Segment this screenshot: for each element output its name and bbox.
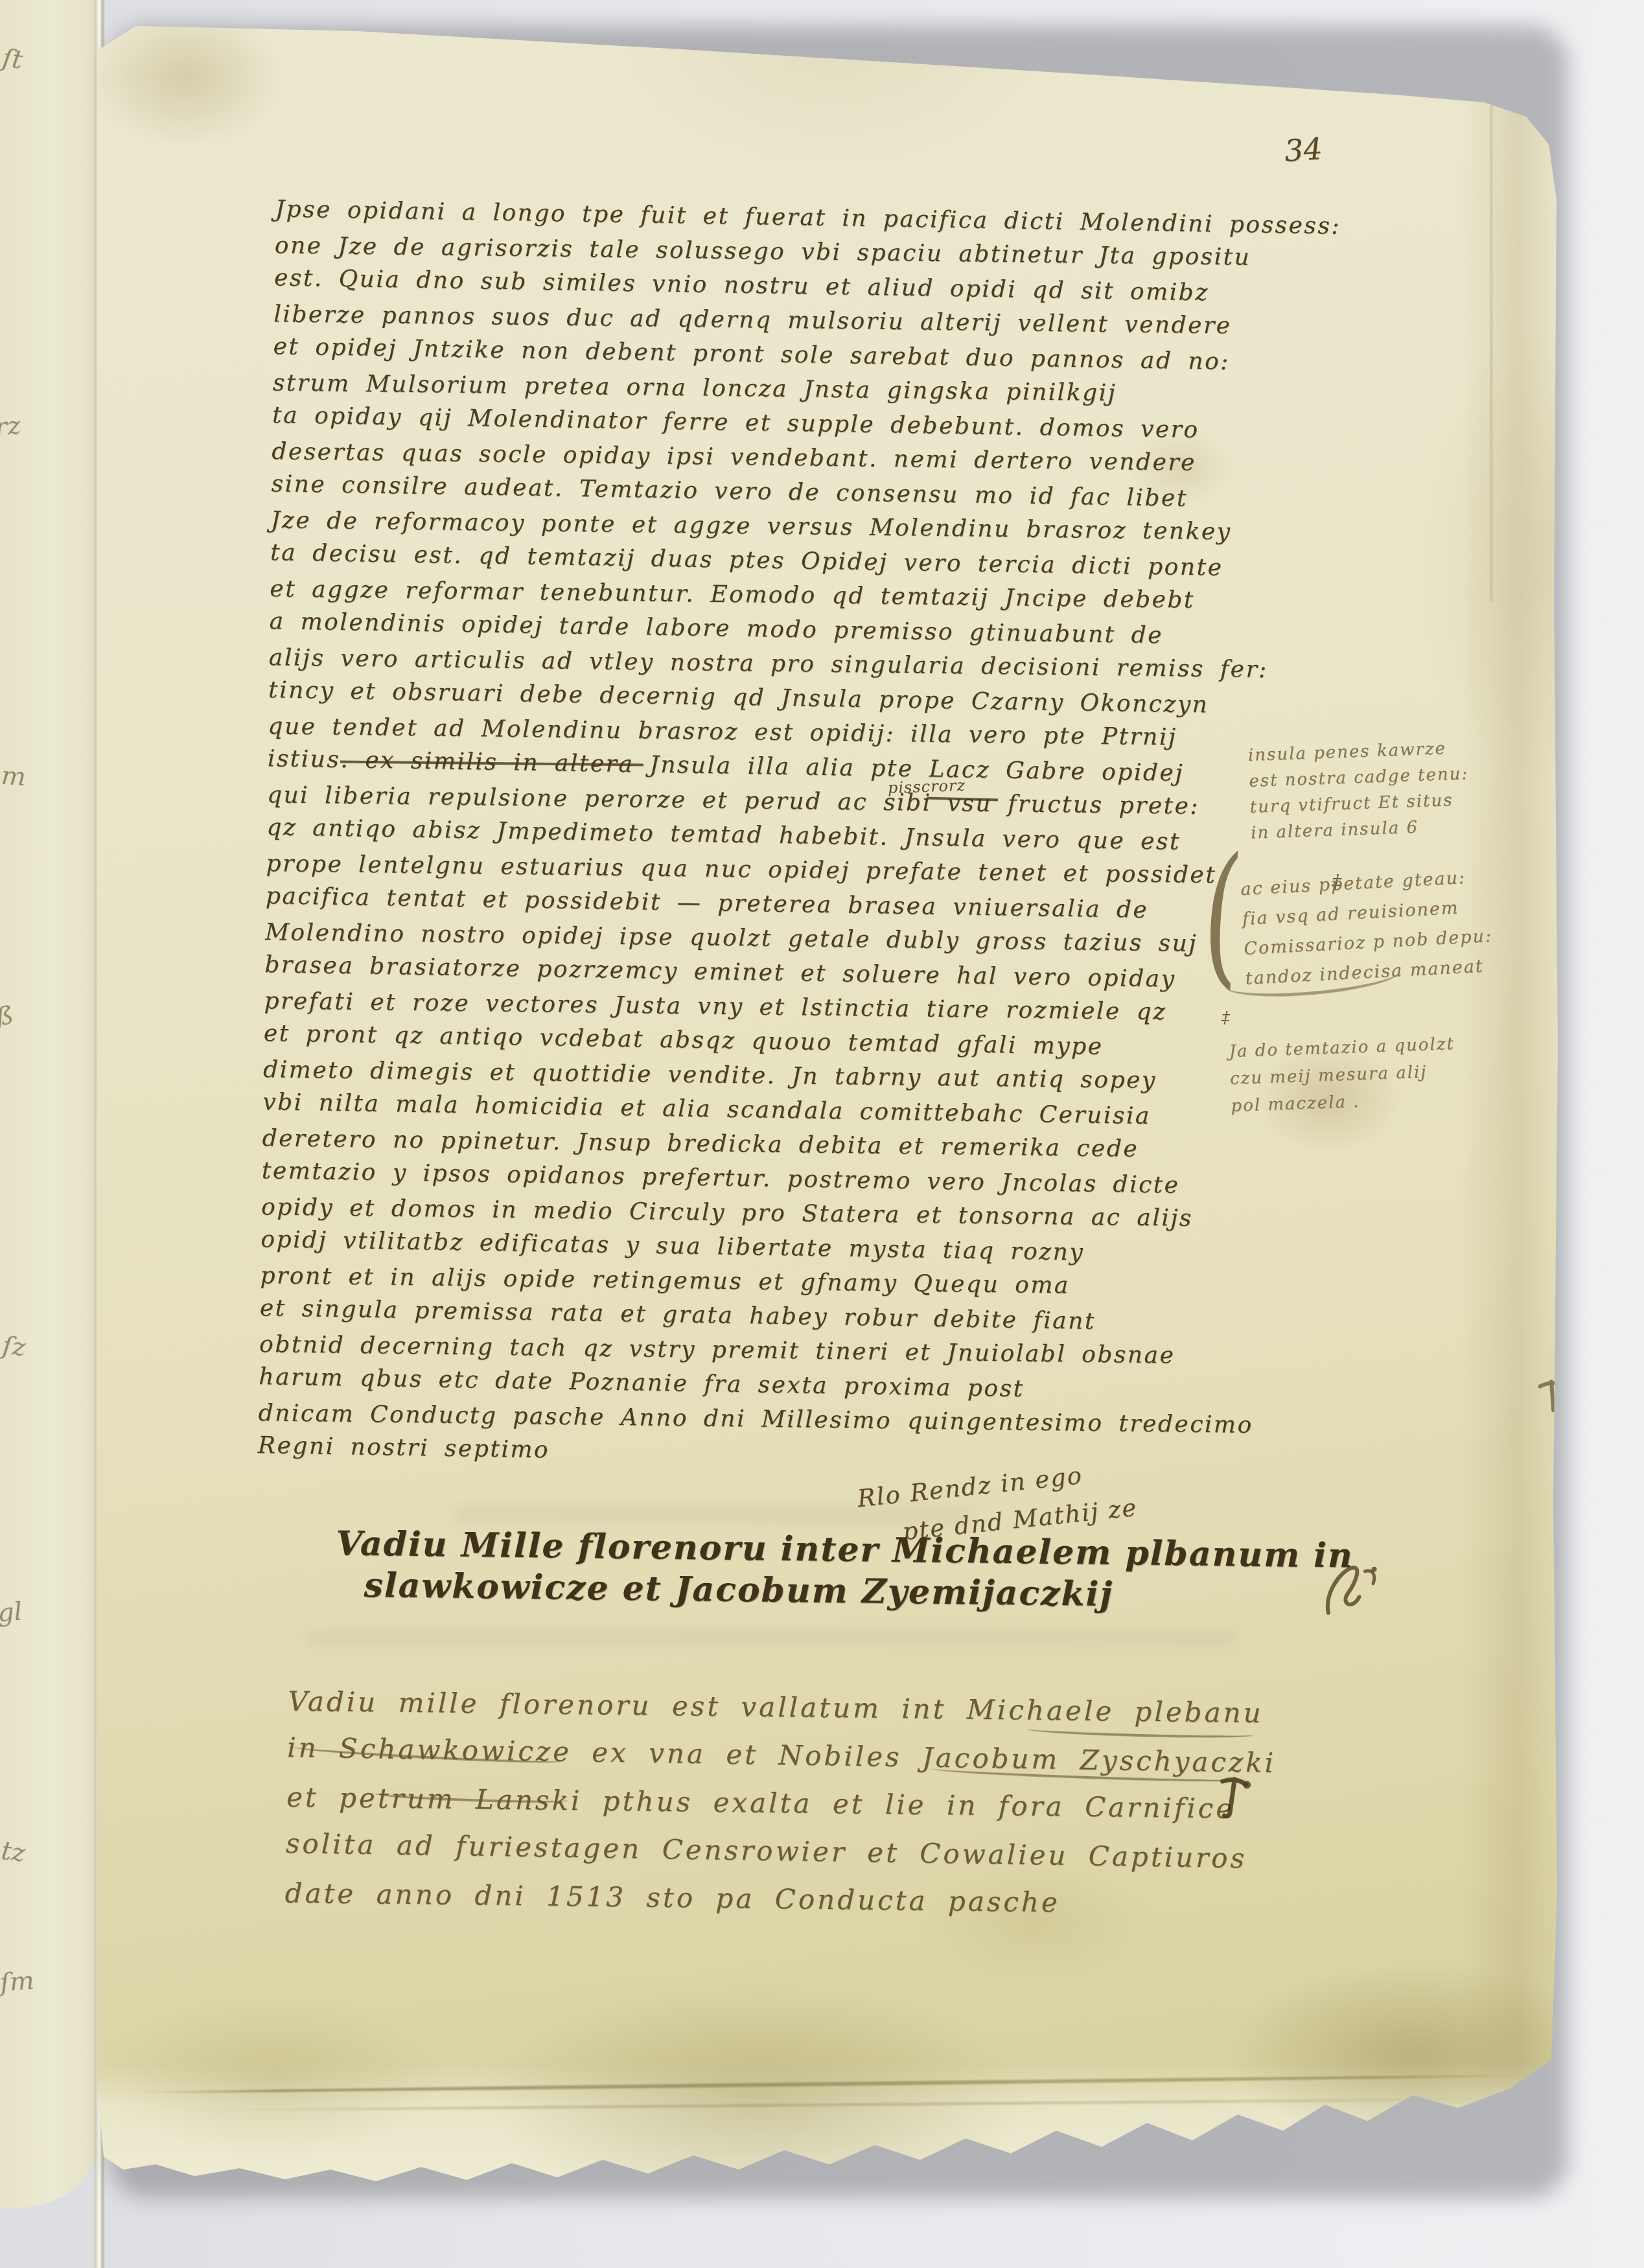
- paraph-mark-icon: [1318, 1555, 1394, 1631]
- verso-ink-fragment: rz: [0, 410, 22, 443]
- previous-page-edge: ſtrzmßſzgltzſm: [0, 0, 97, 2208]
- vadium-entry-text: Vadiu mille florenoru est vallatum int M…: [284, 1676, 1277, 1931]
- verso-ink-fragment: ſz: [1, 1330, 28, 1362]
- verso-ink-fragment: ſt: [1, 43, 25, 75]
- verso-ink-fragment: m: [0, 761, 27, 793]
- ink-showthrough-smudge: [305, 1630, 1238, 1647]
- interlinear-insertion: pisscrorz: [888, 776, 966, 797]
- bottom-stain-line-2: [175, 2098, 1510, 2112]
- folio-number: 34: [1283, 131, 1323, 168]
- bottom-stain-line: [126, 2074, 1546, 2095]
- manuscript-scan: ſtrzmßſzgltzſm 34 Jpse opidani a longo t…: [0, 0, 1644, 2268]
- verso-ink-fragment: gl: [0, 1596, 23, 1628]
- entry-heading: Vadiu Mille florenoru inter Michaelem pl…: [335, 1523, 1354, 1618]
- margin-note-mensura: Ja do temtazio a quolztczu meij mesura a…: [1229, 1030, 1457, 1120]
- verso-ink-fragment: ß: [0, 1000, 16, 1032]
- vertical-crease: [1490, 96, 1492, 601]
- margin-note-insula: insula penes kawrzeest nostra cadge tenu…: [1247, 735, 1470, 846]
- main-latin-text: Jpse opidani a longo tpe fuit et fuerat …: [258, 193, 1325, 1478]
- parchment-page: 34 Jpse opidani a longo tpe fuit et fuer…: [97, 12, 1563, 2184]
- verso-ink-fragment: ſm: [0, 1965, 35, 1998]
- ink-hook-blot-mark: [1212, 1773, 1258, 1825]
- reference-mark: ‡: [1221, 1008, 1230, 1028]
- verso-ink-fragment: tz: [0, 1836, 27, 1868]
